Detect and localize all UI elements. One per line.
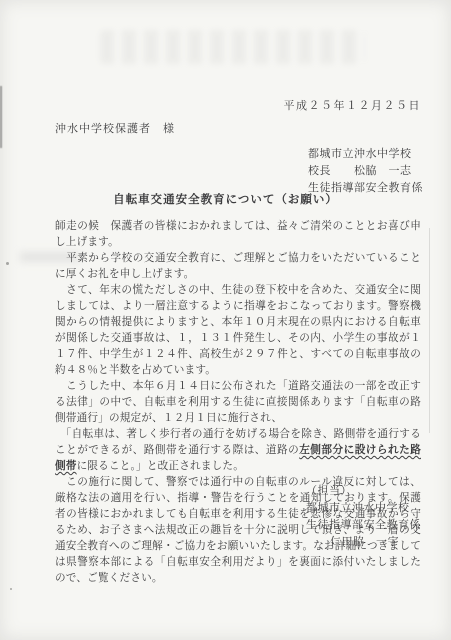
scan-streak-artifact xyxy=(429,228,430,433)
paragraph-law-amendment: こうした中、本年６月１４日に公布された「道路交通法の一部を改正する法律」の中で、… xyxy=(55,379,421,427)
scan-speck xyxy=(6,262,9,265)
paragraph-greeting: 師走の候 保護者の皆様におかれましては、益々ご清栄のこととお喜び申し上げます。 xyxy=(55,219,421,251)
scan-edge-artifact xyxy=(0,86,2,148)
scan-speck xyxy=(10,588,12,590)
paragraph-thanks: 平素から学校の交通安全教育に、ご理解とご協力をいただいていることに厚くお礼を申し… xyxy=(55,251,421,283)
paragraph-accident-stats: さて、年末の慌ただしさの中、生徒の登下校中を含めた、交通安全に関しましては、より… xyxy=(55,283,421,379)
scanned-letter: 平成２５年１２月２５日 沖水中学校保護者 様 都城市立沖水中学校 校長 松脇 一… xyxy=(0,0,451,640)
addressee-line: 沖水中学校保護者 様 xyxy=(55,120,175,136)
contact-section: 生徒指導部安全教育係 xyxy=(306,517,421,534)
contact-school: 都城市立沖水中学校 xyxy=(306,500,421,517)
sender-school: 都城市立沖水中学校 xyxy=(308,146,423,163)
quoted-rule-post: に限ること。」と改正されました。 xyxy=(77,461,244,472)
paragraph-quoted-rule: 「自転車は、著しく歩行者の通行を妨げる場合を除き、路側帯を通行することができるが… xyxy=(55,427,421,475)
contact-label: （担当） xyxy=(306,483,421,500)
contact-block: （担当） 都城市立沖水中学校 生徒指導部安全教育係 仁田脇 一宇 xyxy=(306,483,421,551)
sender-block: 都城市立沖水中学校 校長 松脇 一志 生徒指導部安全教育係 xyxy=(308,146,423,197)
bleed-through-artifact xyxy=(100,30,365,64)
contact-person-name: 仁田脇 一宇 xyxy=(306,534,421,551)
sender-principal: 校長 松脇 一志 xyxy=(308,163,423,180)
date-line: 平成２５年１２月２５日 xyxy=(284,97,422,113)
document-title: 自転車交通安全教育について（お願い） xyxy=(0,191,451,207)
